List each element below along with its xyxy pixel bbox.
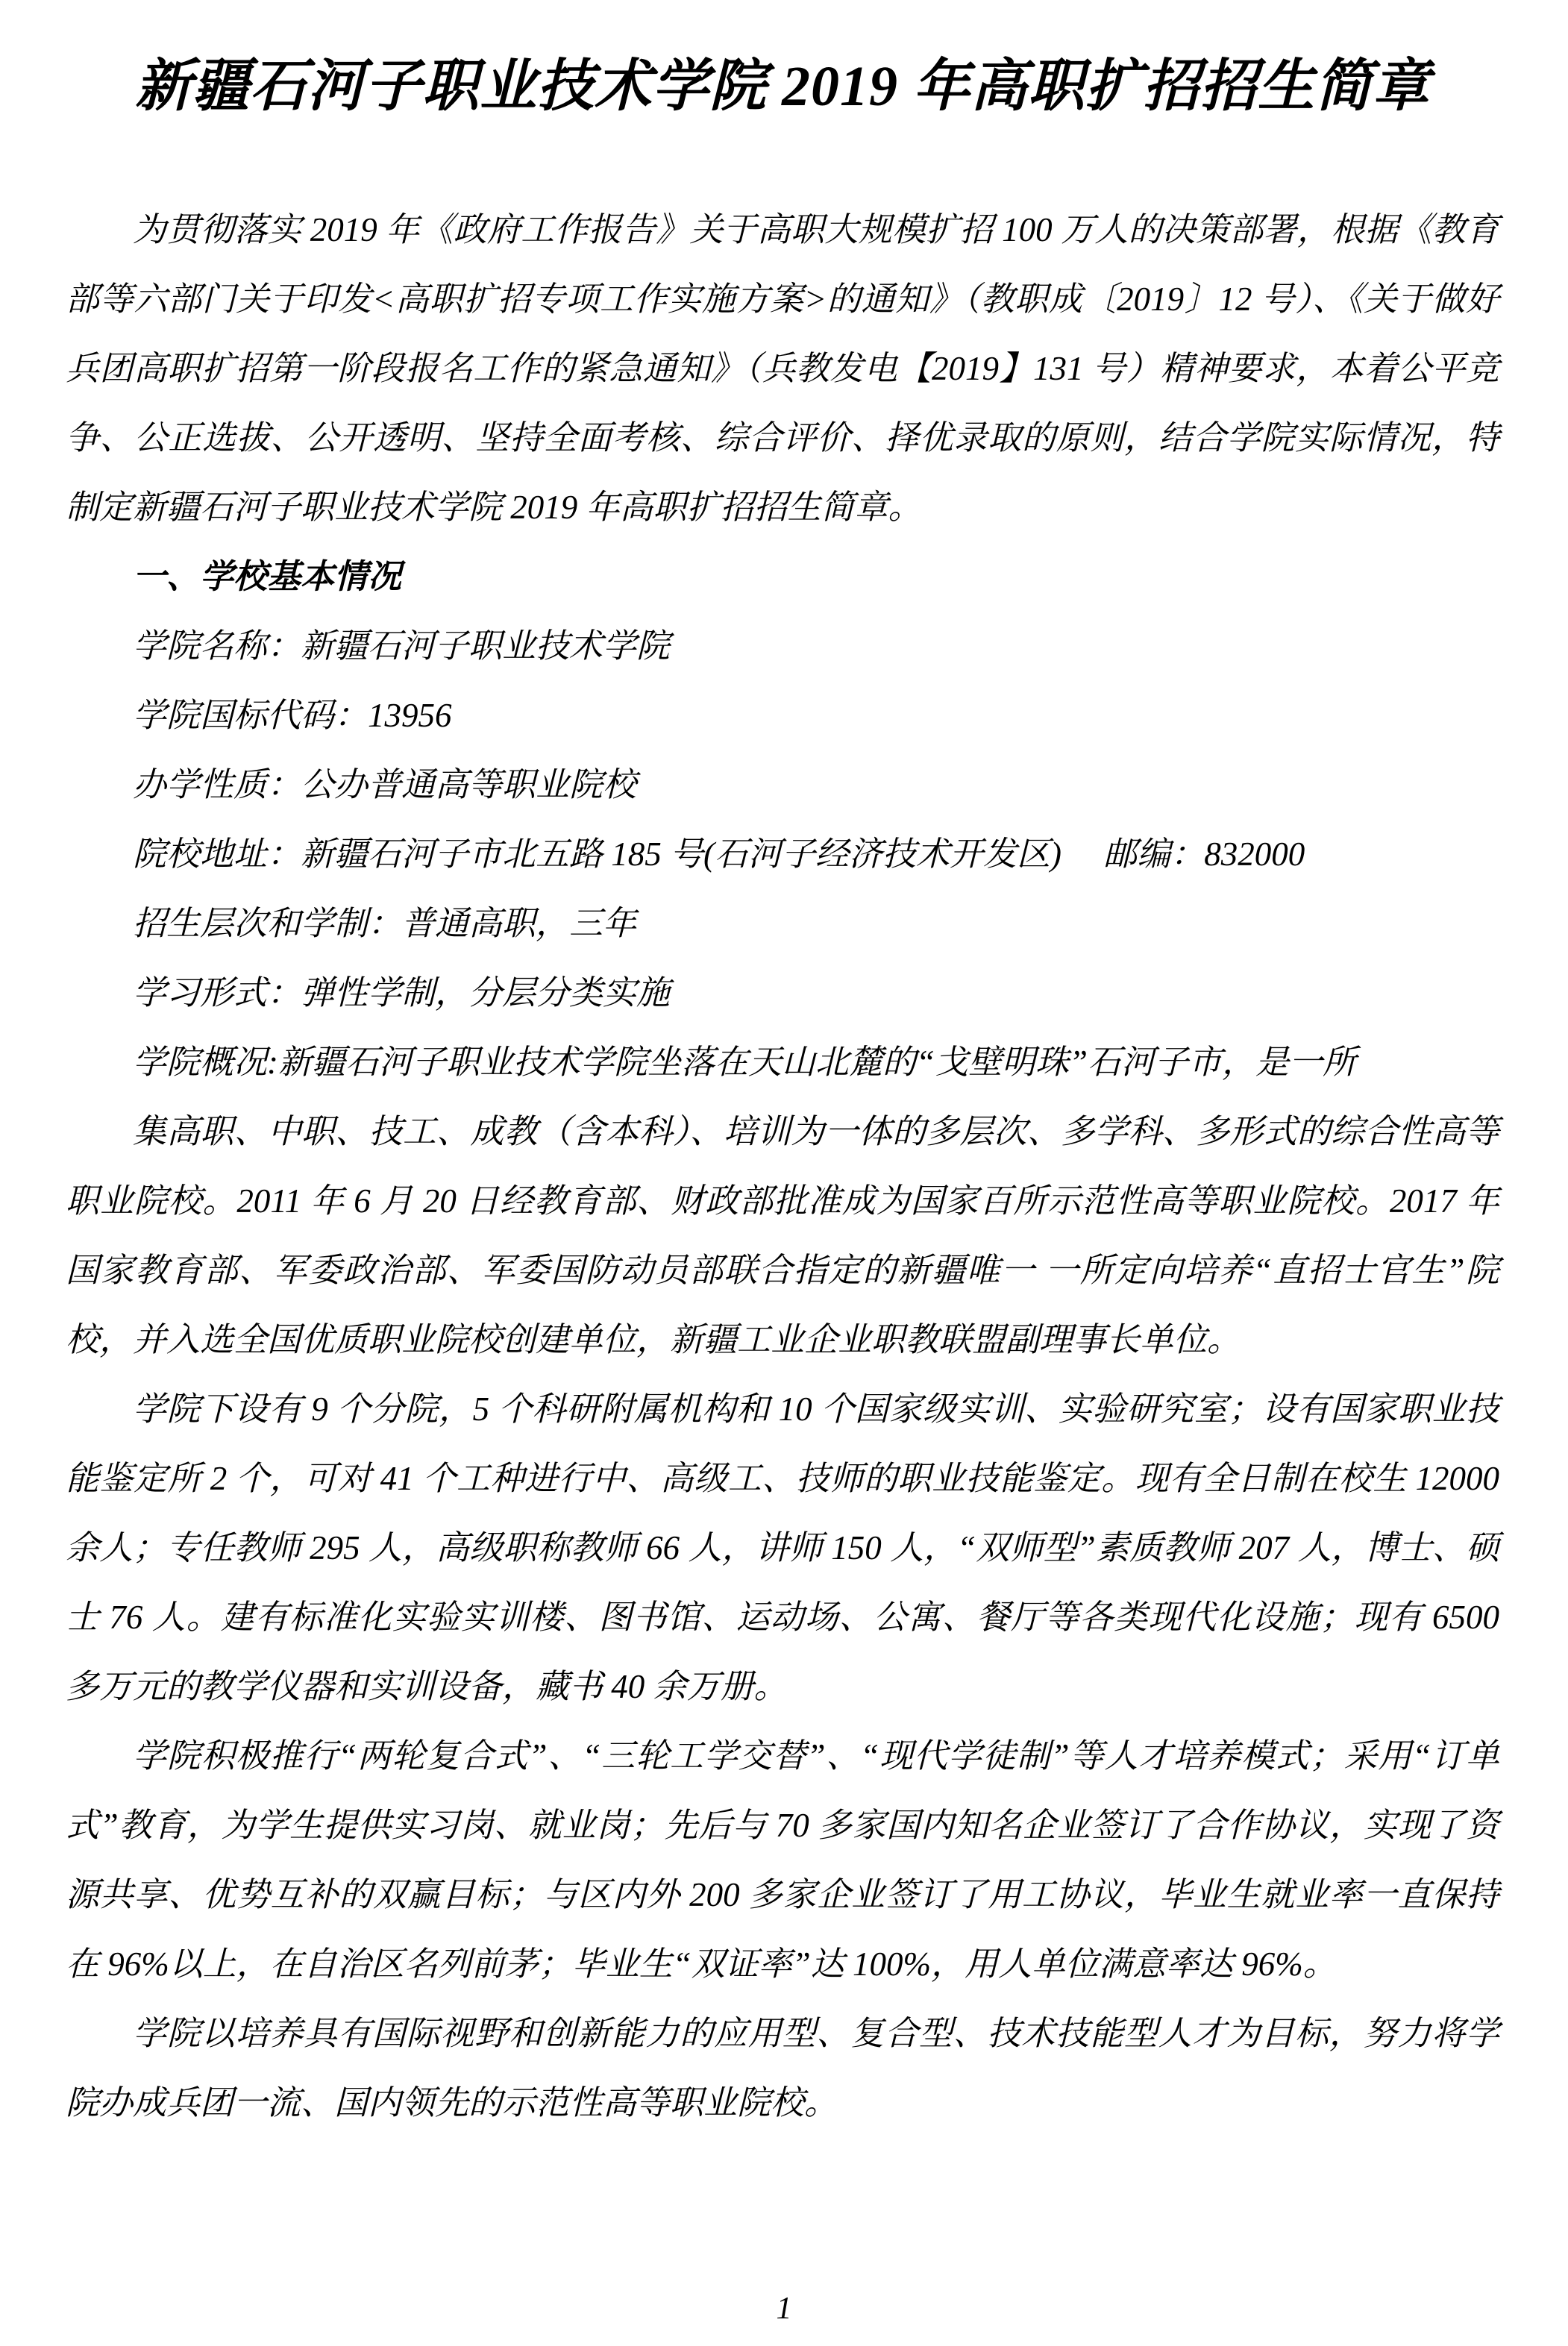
paragraph: 办学性质：公办普通高等职业院校 [66,750,1499,820]
page-number: 1 [0,2291,1568,2327]
paragraph: 学院名称：新疆石河子职业技术学院 [66,612,1499,681]
document-page: 新疆石河子职业技术学院 2019 年高职扩招招生简章 为贯彻落实 2019 年《… [0,0,1568,2346]
document-content: 新疆石河子职业技术学院 2019 年高职扩招招生简章 为贯彻落实 2019 年《… [66,43,1499,2138]
paragraph: 学院国标代码：13956 [66,681,1499,750]
paragraph: 学院概况:新疆石河子职业技术学院坐落在天山北麓的“戈壁明珠”石河子市，是一所 [66,1028,1499,1097]
document-body: 为贯彻落实 2019 年《政府工作报告》关于高职大规模扩招 100 万人的决策部… [66,195,1499,2138]
paragraph: 学院下设有 9 个分院，5 个科研附属机构和 10 个国家级实训、实验研究室；设… [66,1375,1499,1722]
paragraph: 学院以培养具有国际视野和创新能力的应用型、复合型、技术技能型人才为目标，努力将学… [66,1999,1499,2138]
paragraph: 院校地址：新疆石河子市北五路 185 号(石河子经济技术开发区) 邮编：8320… [66,820,1499,889]
section-heading: 一、学校基本情况 [66,542,1499,612]
page-title: 新疆石河子职业技术学院 2019 年高职扩招招生简章 [66,43,1499,131]
paragraph: 学习形式：弹性学制，分层分类实施 [66,959,1499,1028]
paragraph: 为贯彻落实 2019 年《政府工作报告》关于高职大规模扩招 100 万人的决策部… [66,195,1499,542]
paragraph: 集高职、中职、技工、成教（含本科）、培训为一体的多层次、多学科、多形式的综合性高… [66,1097,1499,1375]
paragraph: 学院积极推行“两轮复合式”、“三轮工学交替”、“现代学徒制”等人才培养模式；采用… [66,1722,1499,1999]
paragraph: 招生层次和学制：普通高职，三年 [66,889,1499,959]
